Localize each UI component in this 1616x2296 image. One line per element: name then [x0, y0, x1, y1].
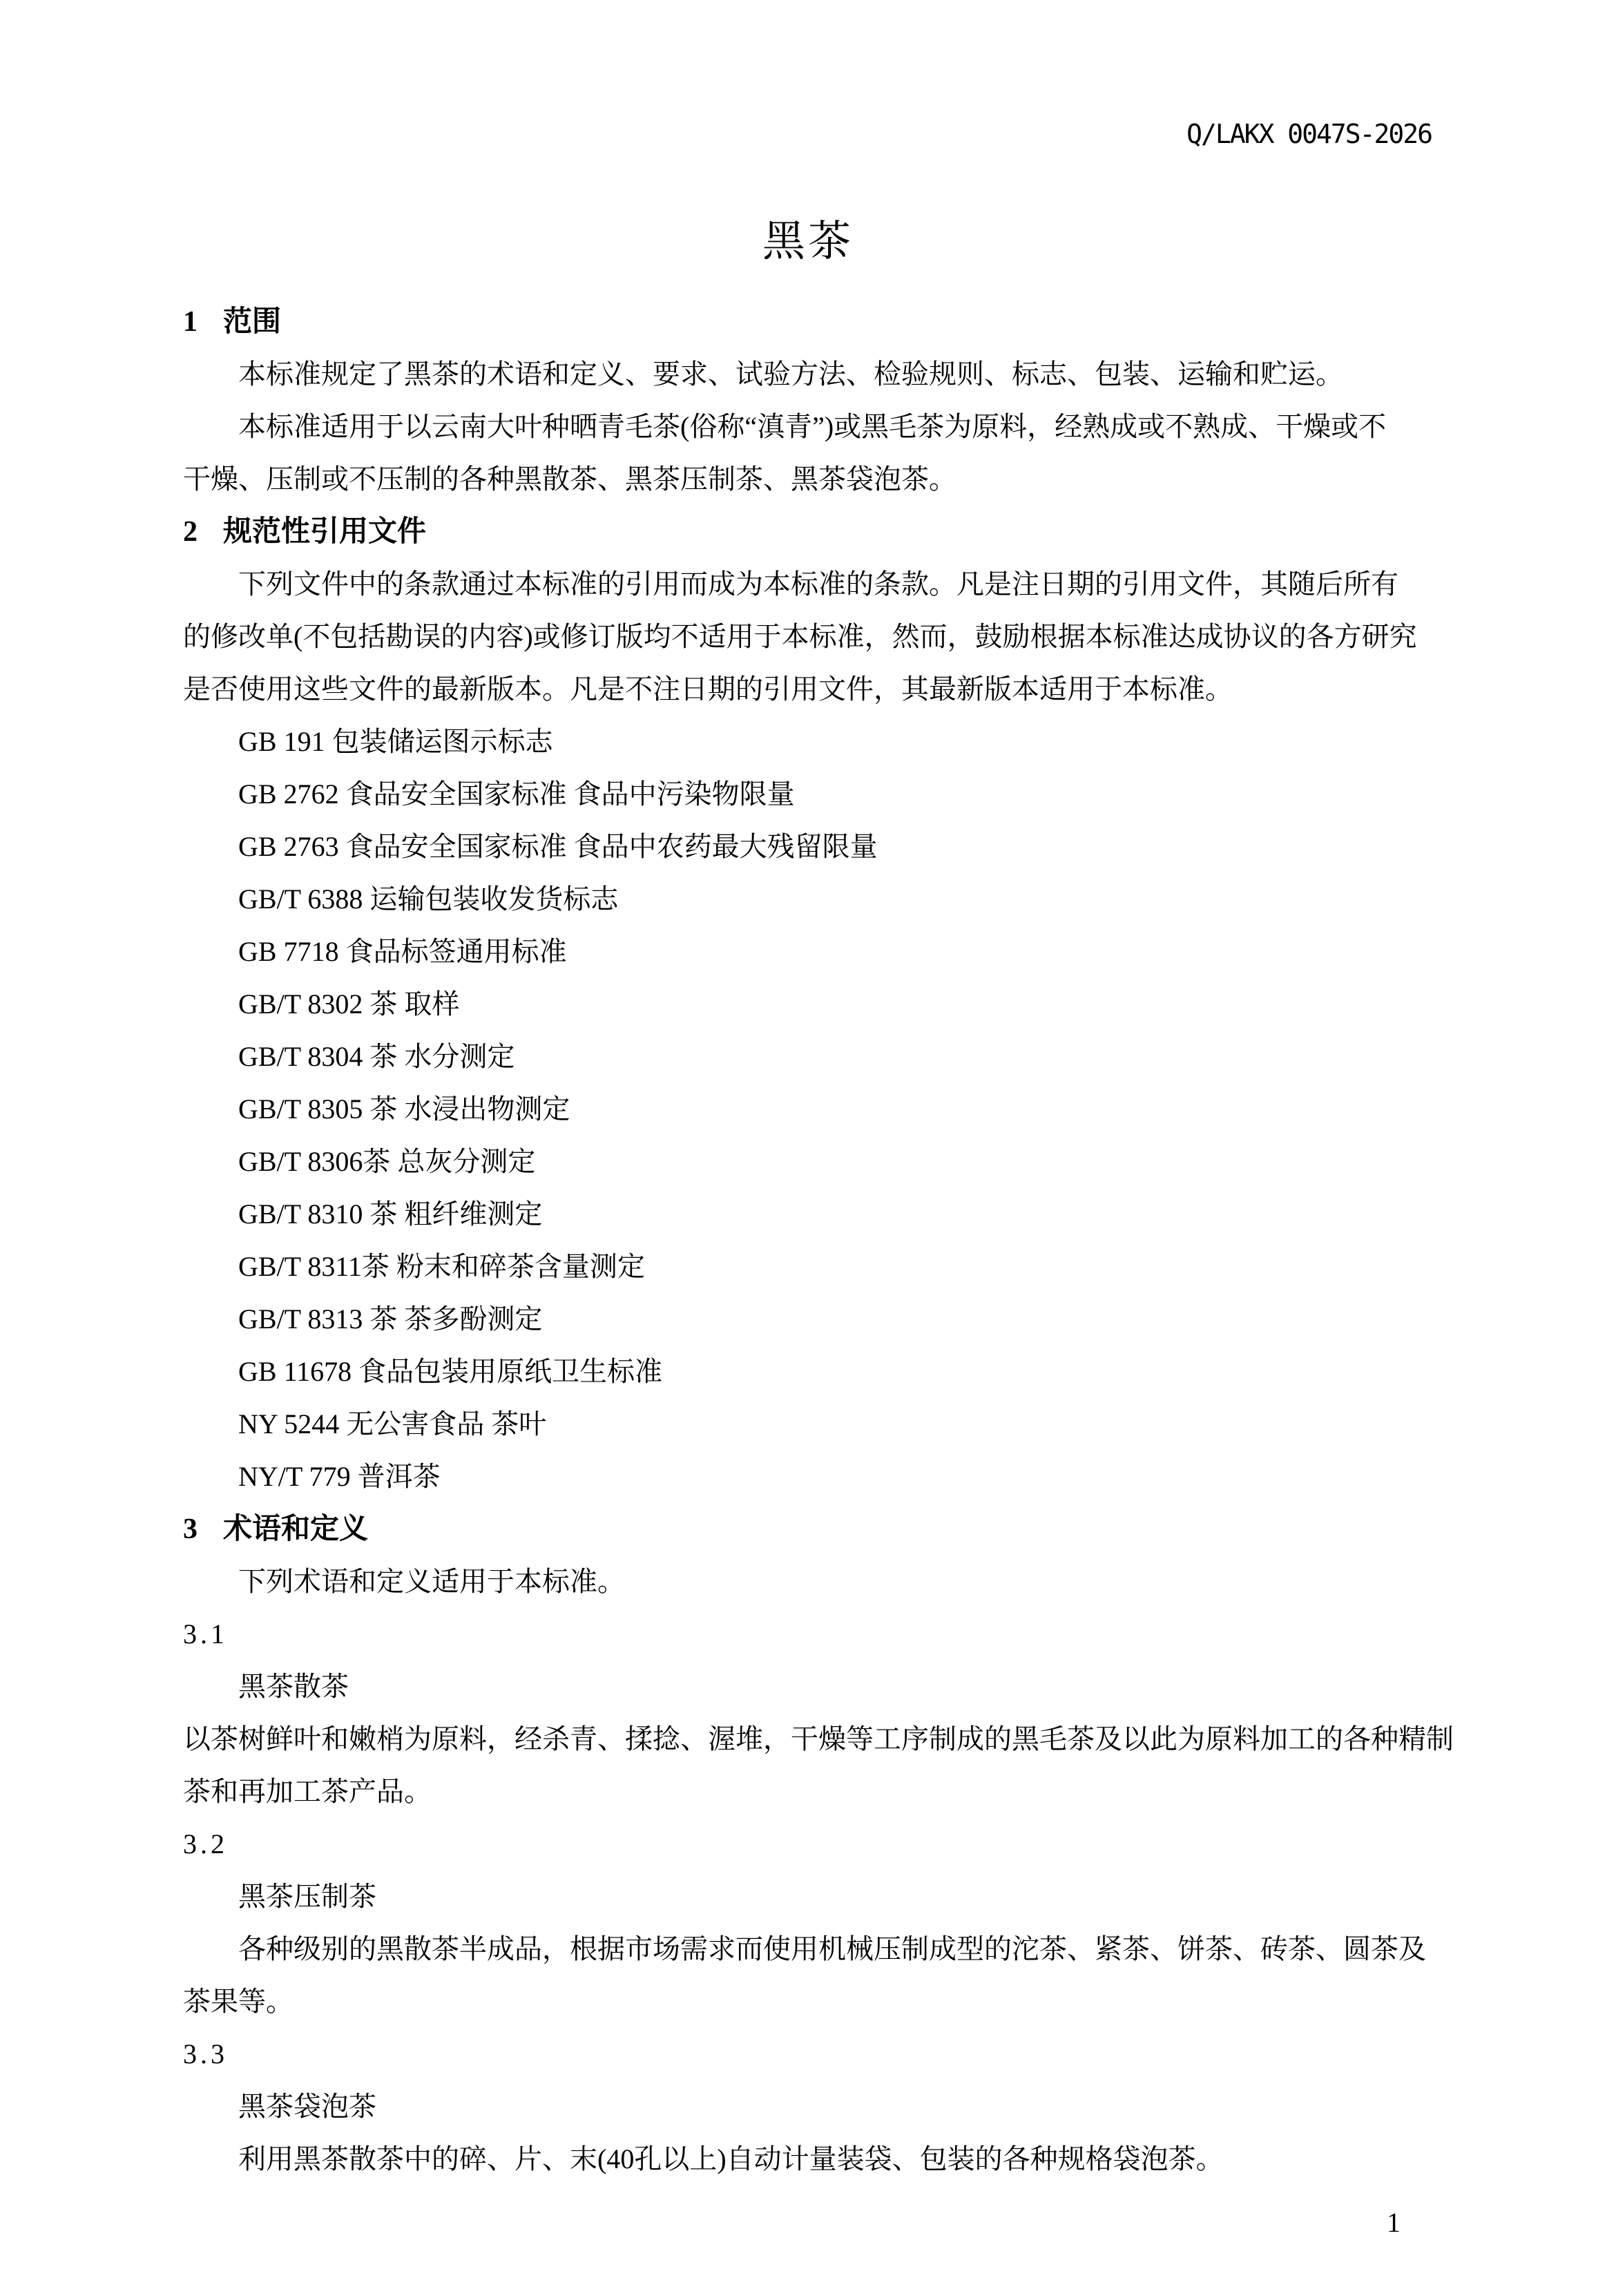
section-title: 规范性引用文件	[223, 516, 426, 548]
body-text-line: 茶和再加工茶产品。	[183, 1766, 1464, 1818]
section-heading: 1范围	[183, 296, 1464, 348]
reference-item: GB/T 8313 茶 茶多酚测定	[183, 1293, 1464, 1346]
body-text-line: 以茶树鲜叶和嫩梢为原料，经杀青、揉捻、渥堆，干燥等工序制成的黑毛茶及以此为原料加…	[183, 1713, 1464, 1766]
reference-item: GB 7718 食品标签通用标准	[183, 926, 1464, 978]
clause-number: 3.3	[183, 2028, 1464, 2080]
reference-item: GB 2763 食品安全国家标准 食品中农药最大残留限量	[183, 821, 1464, 873]
reference-item: GB/T 8302 茶 取样	[183, 978, 1464, 1031]
body-text-line: 干燥、压制或不压制的各种黑散茶、黑茶压制茶、黑茶袋泡茶。	[183, 453, 1464, 506]
document-title: 黑茶	[0, 216, 1616, 268]
term-name: 黑茶压制茶	[183, 1871, 1464, 1923]
section-heading: 3术语和定义	[183, 1503, 1464, 1556]
body-text-line: 茶果等。	[183, 1975, 1464, 2028]
reference-item: GB/T 8306茶 总灰分测定	[183, 1136, 1464, 1188]
reference-item: GB/T 8311茶 粉末和碎茶含量测定	[183, 1241, 1464, 1293]
reference-item: GB/T 8305 茶 水浸出物测定	[183, 1083, 1464, 1136]
reference-item: GB 191 包装储运图示标志	[183, 716, 1464, 768]
body-text-line: 的修改单(不包括勘误的内容)或修订版均不适用于本标准，然而，鼓励根据本标准达成协…	[183, 611, 1464, 663]
body-text-line: 是否使用这些文件的最新版本。凡是不注日期的引用文件，其最新版本适用于本标准。	[183, 663, 1464, 716]
section-heading: 2规范性引用文件	[183, 506, 1464, 558]
clause-number: 3.1	[183, 1608, 1464, 1661]
clause-number: 3.2	[183, 1818, 1464, 1871]
section-title: 术语和定义	[223, 1513, 368, 1545]
term-name: 黑茶袋泡茶	[183, 2080, 1464, 2133]
page-number: 1	[1387, 2208, 1401, 2238]
body-text-line: 利用黑茶散茶中的碎、片、末(40孔以上)自动计量装袋、包装的各种规格袋泡茶。	[183, 2133, 1464, 2185]
section-title: 范围	[223, 306, 281, 338]
term-name: 黑茶散茶	[183, 1661, 1464, 1713]
document-page: Q/LAKX 0047S-2026 黑茶 1范围本标准规定了黑茶的术语和定义、要…	[0, 0, 1616, 2296]
reference-item: GB 2762 食品安全国家标准 食品中污染物限量	[183, 768, 1464, 821]
reference-item: GB/T 8304 茶 水分测定	[183, 1031, 1464, 1083]
reference-item: GB/T 8310 茶 粗纤维测定	[183, 1188, 1464, 1241]
section-number: 1	[183, 296, 223, 348]
reference-item: GB 11678 食品包装用原纸卫生标准	[183, 1346, 1464, 1398]
standard-code: Q/LAKX 0047S-2026	[1186, 119, 1432, 149]
body-text-line: 本标准规定了黑茶的术语和定义、要求、试验方法、检验规则、标志、包装、运输和贮运。	[183, 348, 1464, 401]
body-text-line: 本标准适用于以云南大叶种晒青毛茶(俗称“滇青”)或黑毛茶为原料，经熟成或不熟成、…	[183, 401, 1464, 453]
document-body: 1范围本标准规定了黑茶的术语和定义、要求、试验方法、检验规则、标志、包装、运输和…	[183, 296, 1464, 2185]
section-number: 3	[183, 1503, 223, 1556]
reference-item: GB/T 6388 运输包装收发货标志	[183, 873, 1464, 926]
body-text-line: 各种级别的黑散茶半成品，根据市场需求而使用机械压制成型的沱茶、紧茶、饼茶、砖茶、…	[183, 1923, 1464, 1975]
body-text-line: 下列文件中的条款通过本标准的引用而成为本标准的条款。凡是注日期的引用文件，其随后…	[183, 558, 1464, 611]
reference-item: NY/T 779 普洱茶	[183, 1451, 1464, 1503]
reference-item: NY 5244 无公害食品 茶叶	[183, 1398, 1464, 1451]
body-text-line: 下列术语和定义适用于本标准。	[183, 1556, 1464, 1608]
section-number: 2	[183, 506, 223, 558]
